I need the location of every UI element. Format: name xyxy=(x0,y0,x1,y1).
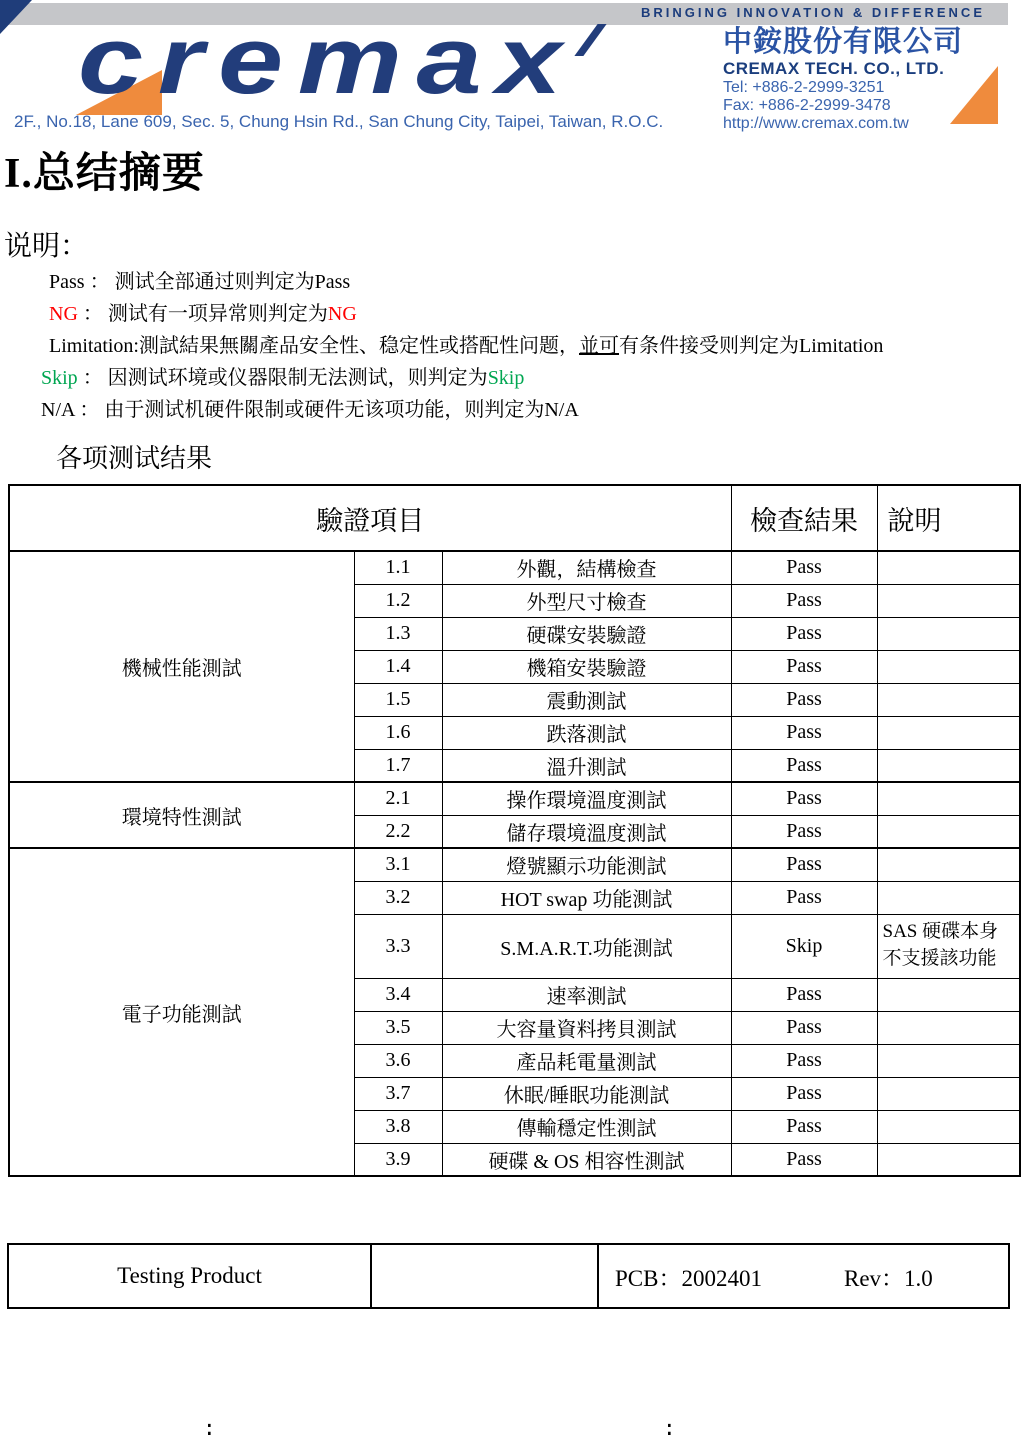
row-item: 硬碟安裝驗證 xyxy=(442,617,731,650)
row-no: 1.3 xyxy=(354,617,442,650)
row-item: 產品耗電量測試 xyxy=(442,1044,731,1077)
pcb-number: PCB：2002401 xyxy=(615,1266,762,1291)
row-result: Pass xyxy=(731,683,877,716)
row-no: 3.9 xyxy=(354,1143,442,1176)
row-result: Pass xyxy=(731,584,877,617)
row-result: Pass xyxy=(731,749,877,782)
row-remark: SAS 硬碟本身不支援該功能 xyxy=(877,914,1020,978)
row-result: Pass xyxy=(731,815,877,848)
row-no: 3.4 xyxy=(354,978,442,1011)
row-item: 機箱安裝驗證 xyxy=(442,650,731,683)
row-result: Pass xyxy=(731,1077,877,1110)
row-no: 3.2 xyxy=(354,881,442,914)
footer-colon-mark: : xyxy=(663,1416,676,1440)
row-result: Pass xyxy=(731,617,877,650)
table-header-row: 驗證項目 檢查結果 說明 xyxy=(9,485,1020,551)
row-item: 震動測試 xyxy=(442,683,731,716)
company-tel: Tel: +886-2-2999-3251 xyxy=(723,79,973,97)
legend-line-pass: Pass ： 测试全部通过则判定为Pass xyxy=(49,266,883,298)
row-result: Pass xyxy=(731,650,877,683)
row-item: 儲存環境溫度測試 xyxy=(442,815,731,848)
cremax-logo-text: cremax xyxy=(78,6,576,116)
row-no: 1.7 xyxy=(354,749,442,782)
row-remark xyxy=(877,1044,1020,1077)
row-remark xyxy=(877,716,1020,749)
legend-ng-result: NG xyxy=(328,303,357,325)
legend-line-ng: NG ： 测试有一项异常则判定为NG xyxy=(49,298,883,330)
row-remark xyxy=(877,650,1020,683)
testing-product-label: Testing Product xyxy=(8,1244,371,1308)
row-remark xyxy=(877,1011,1020,1044)
group-mechanical: 機械性能測試 xyxy=(9,551,354,782)
row-no: 3.3 xyxy=(354,914,442,978)
row-item: 休眠/睡眠功能測試 xyxy=(442,1077,731,1110)
row-remark xyxy=(877,848,1020,881)
product-row: Testing Product PCB：2002401Rev：1.0 xyxy=(8,1244,1009,1308)
group-electronic: 電子功能測試 xyxy=(9,848,354,1176)
table-row: 電子功能測試 3.1 燈號顯示功能測試 Pass xyxy=(9,848,1020,881)
cremax-logo: cremax xyxy=(30,20,670,120)
row-no: 1.6 xyxy=(354,716,442,749)
legend-line-limitation: Limitation:測試結果無關產品安全性、稳定性或搭配性问题，並可有条件接受… xyxy=(49,330,883,362)
result-legend: Pass ： 测试全部通过则判定为Pass NG ： 测试有一项异常则判定为NG… xyxy=(49,266,883,426)
footer-colon-mark: : xyxy=(203,1416,216,1440)
row-no: 2.1 xyxy=(354,782,442,815)
row-result: Pass xyxy=(731,551,877,584)
row-item: 跌落測試 xyxy=(442,716,731,749)
row-result: Pass xyxy=(731,1110,877,1143)
row-result: Pass xyxy=(731,1044,877,1077)
row-result: Pass xyxy=(731,978,877,1011)
table-row: 環境特性測試 2.1 操作環境溫度測試 Pass xyxy=(9,782,1020,815)
legend-skip-text: ： 因测试环境或仪器限制无法测试，则判定为 xyxy=(78,367,488,389)
row-no: 3.8 xyxy=(354,1110,442,1143)
row-item: 硬碟 & OS 相容性測試 xyxy=(442,1143,731,1176)
company-info-block: 中銨股份有限公司 CREMAX TECH. CO., LTD. Tel: +88… xyxy=(723,27,973,133)
row-remark xyxy=(877,815,1020,848)
company-website: http://www.cremax.com.tw xyxy=(723,115,973,133)
row-result: Pass xyxy=(731,716,877,749)
legend-limitation-underlined: 並可 xyxy=(579,335,619,357)
row-remark xyxy=(877,683,1020,716)
row-remark xyxy=(877,1110,1020,1143)
company-name-english: CREMAX TECH. CO., LTD. xyxy=(723,59,973,79)
row-item: 外觀，結構檢查 xyxy=(442,551,731,584)
row-item: 操作環境溫度測試 xyxy=(442,782,731,815)
test-results-table: 驗證項目 檢查結果 說明 機械性能測試 1.1 外觀，結構檢查 Pass 1.2… xyxy=(8,484,1021,1177)
row-no: 3.7 xyxy=(354,1077,442,1110)
legend-limitation-text: Limitation:測試結果無關產品安全性、稳定性或搭配性问题， xyxy=(49,335,579,357)
legend-skip-result: Skip xyxy=(488,367,525,389)
row-remark xyxy=(877,584,1020,617)
rev-number: Rev：1.0 xyxy=(844,1266,933,1291)
header-remark: 說明 xyxy=(877,485,1020,551)
company-address: 2F., No.18, Lane 609, Sec. 5, Chung Hsin… xyxy=(14,112,663,132)
row-item: 外型尺寸檢查 xyxy=(442,584,731,617)
row-item: 速率測試 xyxy=(442,978,731,1011)
row-result: Pass xyxy=(731,1011,877,1044)
row-no: 1.5 xyxy=(354,683,442,716)
description-label: 说明： xyxy=(4,224,88,264)
row-no: 1.2 xyxy=(354,584,442,617)
legend-line-skip: Skip ： 因测试环境或仪器限制无法测试，则判定为Skip xyxy=(41,362,883,394)
row-result: Pass xyxy=(731,848,877,881)
row-result: Pass xyxy=(731,1143,877,1176)
row-remark xyxy=(877,881,1020,914)
row-item: 燈號顯示功能測試 xyxy=(442,848,731,881)
row-item: S.M.A.R.T.功能測試 xyxy=(442,914,731,978)
row-no: 3.1 xyxy=(354,848,442,881)
company-name-chinese: 中銨股份有限公司 xyxy=(723,27,973,57)
row-no: 3.5 xyxy=(354,1011,442,1044)
group-environmental: 環境特性測試 xyxy=(9,782,354,848)
row-no: 3.6 xyxy=(354,1044,442,1077)
row-item: HOT swap 功能測試 xyxy=(442,881,731,914)
row-result: Skip xyxy=(731,914,877,978)
testing-product-value-cell xyxy=(371,1244,598,1308)
legend-line-na: N/A ： 由于测试机硬件限制或硬件无该项功能，则判定为N/A xyxy=(41,394,883,426)
row-remark xyxy=(877,617,1020,650)
row-remark xyxy=(877,978,1020,1011)
row-item: 大容量資料拷貝測試 xyxy=(442,1011,731,1044)
legend-ng-term: NG xyxy=(49,303,78,325)
legend-ng-text: ： 测试有一项异常则判定为 xyxy=(78,303,328,325)
row-remark xyxy=(877,1077,1020,1110)
row-item: 傳輸穩定性測試 xyxy=(442,1110,731,1143)
row-remark xyxy=(877,551,1020,584)
row-result: Pass xyxy=(731,782,877,815)
row-no: 1.1 xyxy=(354,551,442,584)
table-row: 機械性能測試 1.1 外觀，結構檢查 Pass xyxy=(9,551,1020,584)
row-remark xyxy=(877,782,1020,815)
legend-limitation-tail: 有条件接受则判定为Limitation xyxy=(619,335,883,357)
row-item: 溫升測試 xyxy=(442,749,731,782)
company-fax: Fax: +886-2-2999-3478 xyxy=(723,97,973,115)
logo-accent-mark-icon xyxy=(574,24,606,56)
pcb-rev-cell: PCB：2002401Rev：1.0 xyxy=(598,1244,1009,1308)
legend-skip-term: Skip xyxy=(41,367,78,389)
testing-product-table: Testing Product PCB：2002401Rev：1.0 xyxy=(7,1243,1010,1309)
row-remark xyxy=(877,1143,1020,1176)
section-heading: 各项测试结果 xyxy=(56,438,212,475)
row-remark xyxy=(877,749,1020,782)
document-title: I.总结摘要 xyxy=(4,140,205,200)
row-no: 1.4 xyxy=(354,650,442,683)
header-check-result: 檢查結果 xyxy=(731,485,877,551)
row-result: Pass xyxy=(731,881,877,914)
row-no: 2.2 xyxy=(354,815,442,848)
company-tagline: BRINGING INNOVATION & DIFFERENCE xyxy=(0,5,985,20)
header-verification-item: 驗證項目 xyxy=(9,485,731,551)
